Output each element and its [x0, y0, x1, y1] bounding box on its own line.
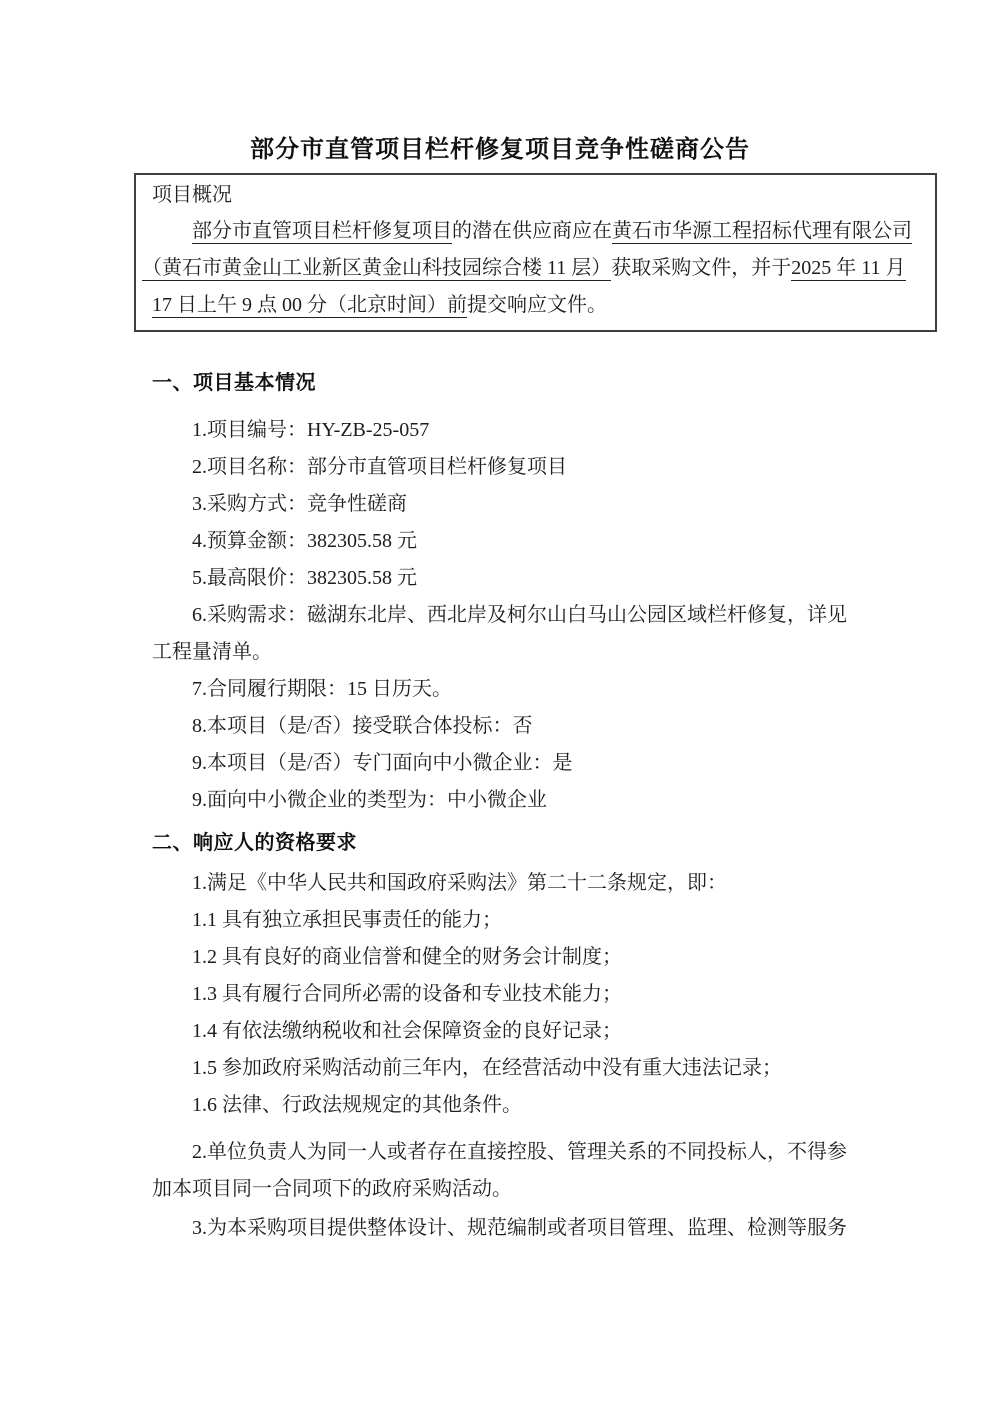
- item-text: 5.最高限价：382305.58 元: [152, 560, 905, 597]
- section2-list: 1.满足《中华人民共和国政府采购法》第二十二条规定，即： 1.1 具有独立承担民…: [152, 865, 905, 1247]
- item-text: 1.5 参加政府采购活动前三年内，在经营活动中没有重大违法记录；: [152, 1050, 905, 1087]
- item-text: 2.单位负责人为同一人或者存在直接控股、管理关系的不同投标人，不得参: [152, 1134, 905, 1171]
- list-item-same-person-rule: 2.单位负责人为同一人或者存在直接控股、管理关系的不同投标人，不得参加本项目同一…: [152, 1134, 905, 1208]
- list-item-law-compliance: 1.满足《中华人民共和国政府采购法》第二十二条规定，即：: [152, 865, 905, 902]
- list-item-consortium-bid: 8.本项目（是/否）接受联合体投标：否: [152, 708, 905, 745]
- item-text: 3.为本采购项目提供整体设计、规范编制或者项目管理、监理、检测等服务: [152, 1210, 905, 1247]
- document-page: 部分市直管项目栏杆修复项目竞争性磋商公告 项目概况 部分市直管项目栏杆修复项目的…: [0, 0, 1000, 1414]
- list-item-other-conditions: 1.6 法律、行政法规规定的其他条件。: [152, 1087, 905, 1124]
- item-text: 7.合同履行期限：15 日历天。: [152, 671, 905, 708]
- item-text: 4.预算金额：382305.58 元: [152, 523, 905, 560]
- item-text: 9.面向中小微企业的类型为：中小微企业: [152, 782, 905, 819]
- underlined-deadline-time: 17 日上午 9 点 00 分（北京时间）前: [152, 294, 467, 318]
- item-text: 1.1 具有独立承担民事责任的能力；: [152, 902, 905, 939]
- item-text: 工程量清单。: [152, 634, 905, 671]
- item-text: 1.满足《中华人民共和国政府采购法》第二十二条规定，即：: [152, 865, 905, 902]
- item-text: 加本项目同一合同项下的政府采购活动。: [152, 1171, 905, 1208]
- list-item-civil-liability: 1.1 具有独立承担民事责任的能力；: [152, 902, 905, 939]
- list-item-procurement-requirement: 6.采购需求：磁湖东北岸、西北岸及柯尔山白马山公园区域栏杆修复，详见工程量清单。: [152, 597, 905, 671]
- plain-text: 获取采购文件，并于: [611, 257, 791, 279]
- overview-paragraph: 部分市直管项目栏杆修复项目的潜在供应商应在黄石市华源工程招标代理有限公司 （黄石…: [152, 213, 921, 324]
- underlined-agency-address: （黄石市黄金山工业新区黄金山科技园综合楼 11 层）: [142, 257, 611, 281]
- list-item-tax-record: 1.4 有依法缴纳税收和社会保障资金的良好记录；: [152, 1013, 905, 1050]
- document-title: 部分市直管项目栏杆修复项目竞争性磋商公告: [0, 0, 1000, 166]
- item-text: 3.采购方式：竞争性磋商: [152, 486, 905, 523]
- underlined-deadline-date: 2025 年 11 月: [791, 257, 905, 281]
- section1-list: 1.项目编号：HY-ZB-25-057 2.项目名称：部分市直管项目栏杆修复项目…: [152, 412, 905, 819]
- overview-line-2: （黄石市黄金山工业新区黄金山科技园综合楼 11 层）获取采购文件，并于2025 …: [142, 250, 921, 287]
- overview-line-3: 17 日上午 9 点 00 分（北京时间）前提交响应文件。: [152, 287, 921, 324]
- list-item-no-violation: 1.5 参加政府采购活动前三年内，在经营活动中没有重大违法记录；: [152, 1050, 905, 1087]
- plain-text: 提交响应文件。: [467, 294, 607, 316]
- underlined-project-name: 部分市直管项目栏杆修复项目: [192, 220, 452, 244]
- item-text: 8.本项目（是/否）接受联合体投标：否: [152, 708, 905, 745]
- list-item-budget-amount: 4.预算金额：382305.58 元: [152, 523, 905, 560]
- list-item-project-number: 1.项目编号：HY-ZB-25-057: [152, 412, 905, 449]
- section2-heading: 二、响应人的资格要求: [152, 824, 905, 862]
- section1-heading: 一、项目基本情况: [152, 364, 905, 402]
- item-text: 1.3 具有履行合同所必需的设备和专业技术能力；: [152, 976, 905, 1013]
- item-text: 2.项目名称：部分市直管项目栏杆修复项目: [152, 449, 905, 486]
- item-text: 1.4 有依法缴纳税收和社会保障资金的良好记录；: [152, 1013, 905, 1050]
- list-item-business-reputation: 1.2 具有良好的商业信誉和健全的财务会计制度；: [152, 939, 905, 976]
- plain-text: 的潜在供应商应在: [452, 220, 612, 242]
- list-item-sme-oriented: 9.本项目（是/否）专门面向中小微企业：是: [152, 745, 905, 782]
- item-text: 1.项目编号：HY-ZB-25-057: [152, 412, 905, 449]
- list-item-design-service-rule: 3.为本采购项目提供整体设计、规范编制或者项目管理、监理、检测等服务: [152, 1210, 905, 1247]
- item-text: 1.6 法律、行政法规规定的其他条件。: [152, 1087, 905, 1124]
- list-item-procurement-method: 3.采购方式：竞争性磋商: [152, 486, 905, 523]
- list-item-equipment-capability: 1.3 具有履行合同所必需的设备和专业技术能力；: [152, 976, 905, 1013]
- item-text: 6.采购需求：磁湖东北岸、西北岸及柯尔山白马山公园区域栏杆修复，详见: [152, 597, 905, 634]
- item-text: 9.本项目（是/否）专门面向中小微企业：是: [152, 745, 905, 782]
- overview-line-1: 部分市直管项目栏杆修复项目的潜在供应商应在黄石市华源工程招标代理有限公司: [152, 213, 921, 250]
- overview-box-label: 项目概况: [152, 177, 921, 213]
- overview-box: 项目概况 部分市直管项目栏杆修复项目的潜在供应商应在黄石市华源工程招标代理有限公…: [134, 173, 937, 332]
- underlined-agency-name: 黄石市华源工程招标代理有限公司: [612, 220, 912, 244]
- list-item-contract-period: 7.合同履行期限：15 日历天。: [152, 671, 905, 708]
- list-item-sme-type: 9.面向中小微企业的类型为：中小微企业: [152, 782, 905, 819]
- item-text: 1.2 具有良好的商业信誉和健全的财务会计制度；: [152, 939, 905, 976]
- list-item-project-name: 2.项目名称：部分市直管项目栏杆修复项目: [152, 449, 905, 486]
- list-item-max-price: 5.最高限价：382305.58 元: [152, 560, 905, 597]
- document-body: 一、项目基本情况 1.项目编号：HY-ZB-25-057 2.项目名称：部分市直…: [152, 364, 905, 1247]
